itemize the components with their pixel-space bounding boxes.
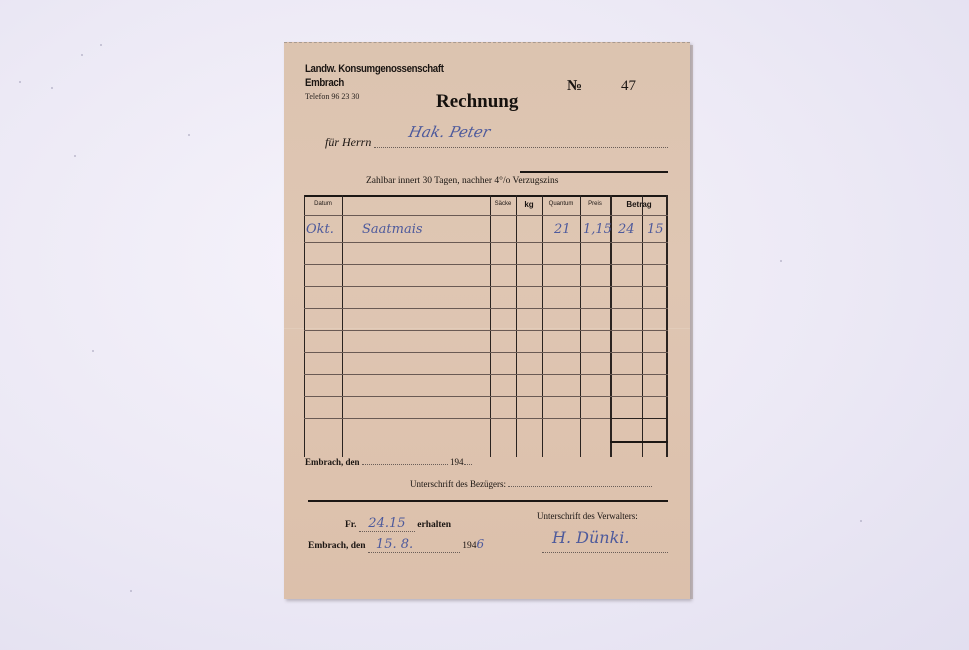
date-blank	[362, 464, 448, 465]
row-quantum: 21	[554, 222, 571, 237]
company-name-line1: Landw. Konsumgenossenschaft	[305, 62, 444, 76]
row-line	[304, 374, 668, 375]
background-speck	[81, 54, 83, 56]
year-prefix: 194	[450, 457, 464, 467]
row-preis: 1,15	[583, 222, 612, 237]
invoice-number: 47	[621, 78, 636, 95]
column-header-kg: kg	[516, 200, 542, 209]
manager-signature-line	[542, 552, 668, 553]
place-date-line: Embrach, den 194	[305, 457, 472, 467]
column-header-preis: Preis	[580, 201, 610, 207]
column-header-betrag: Betrag	[610, 200, 668, 209]
section-separator	[308, 500, 668, 502]
payment-terms: Zahlbar innert 30 Tagen, nachher 4°/o Ve…	[366, 176, 558, 186]
paid-year-suffix: 6	[477, 537, 485, 551]
recipient-label: für Herrn	[325, 135, 371, 150]
company-location: Embrach	[305, 76, 444, 90]
document-title: Rechnung	[436, 91, 518, 113]
background-speck	[780, 260, 782, 262]
table-top-border	[304, 195, 668, 197]
recipient-signature-blank	[508, 486, 652, 487]
row-betrag-fr: 24	[618, 222, 635, 237]
company-name: Landw. Konsumgenossenschaft Embrach	[305, 62, 444, 90]
recipient-name: Hak. Peter	[407, 123, 492, 141]
subtotal-line	[610, 418, 668, 419]
row-line	[304, 264, 668, 265]
receipt-amount-line: Fr. 24.15 erhalten	[345, 516, 451, 532]
divider-line	[520, 171, 668, 173]
background-speck	[19, 81, 21, 83]
invoice-number-label: №	[567, 78, 582, 95]
row-line	[304, 396, 668, 397]
background-speck	[51, 87, 53, 89]
paid-date: 15. 8.	[368, 537, 460, 553]
background-speck	[74, 155, 76, 157]
recipient-signature-label: Unterschrift des Bezügers:	[410, 479, 506, 489]
column-header-quantum: Quantum	[542, 201, 580, 207]
paid-date-line: Embrach, den 15. 8. 1946	[308, 537, 484, 553]
invoice-paper: Landw. Konsumgenossenschaft Embrach Tele…	[284, 42, 690, 599]
paid-year-prefix: 194	[462, 541, 476, 551]
background-speck	[100, 44, 102, 46]
column-header-datum: Datum	[304, 201, 342, 207]
background-speck	[92, 350, 94, 352]
row-line	[304, 286, 668, 287]
row-line	[304, 352, 668, 353]
row-artikel: Saatmais	[362, 222, 423, 237]
year-blank	[464, 464, 472, 465]
received-label: erhalten	[417, 520, 451, 530]
row-datum: Okt.	[306, 222, 334, 237]
total-line	[610, 441, 668, 443]
recipient-signature-line: Unterschrift des Bezügers:	[410, 479, 652, 489]
row-line	[304, 330, 668, 331]
row-betrag-rp: 15	[647, 222, 664, 237]
background-speck	[130, 590, 132, 592]
fr-label: Fr.	[345, 520, 357, 530]
background-speck	[188, 134, 190, 136]
row-line	[304, 242, 668, 243]
manager-signature-label: Unterschrift des Verwalters:	[537, 511, 638, 521]
column-header-saecke: Säcke	[490, 201, 516, 207]
manager-signature: H. Dünki.	[552, 528, 629, 547]
fr-amount: 24.15	[359, 516, 415, 532]
invoice-table: Datum Säcke kg Quantum Preis Betrag Okt.…	[304, 195, 668, 457]
company-phone: Telefon 96 23 30	[305, 92, 359, 101]
background-speck	[860, 520, 862, 522]
header-row-line	[304, 215, 668, 216]
recipient-line	[374, 147, 668, 148]
place-date-label: Embrach, den	[305, 457, 360, 467]
paid-place-label: Embrach, den	[308, 541, 366, 551]
row-line	[304, 308, 668, 309]
